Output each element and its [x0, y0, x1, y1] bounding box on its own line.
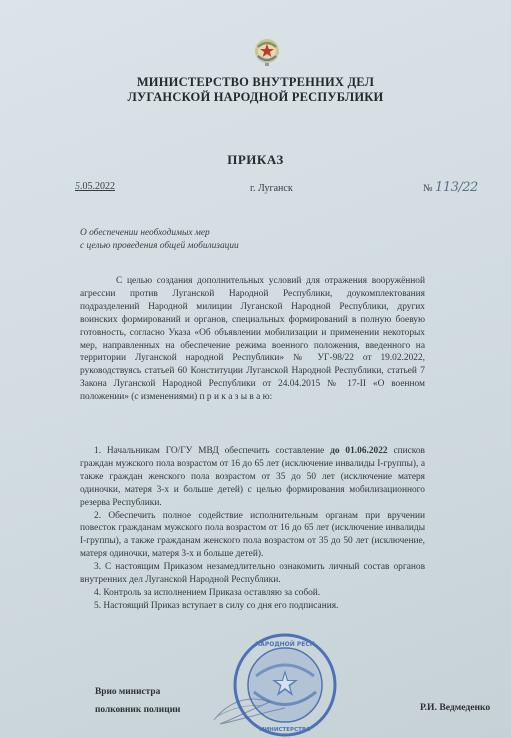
ministry-line-1: МИНИСТЕРСТВО ВНУТРЕННИХ ДЕЛ: [0, 75, 511, 90]
order-item-4: 4. Контроль за исполнением Приказа остав…: [80, 587, 425, 600]
document-page: МИНИСТЕРСТВО ВНУТРЕННИХ ДЕЛ ЛУГАНСКОЙ НА…: [0, 0, 511, 738]
document-city: г. Луганск: [250, 183, 293, 194]
order-items: 1. Начальникам ГО/ГУ МВД обеспечить сост…: [80, 445, 425, 613]
signer-position-line-2: полковник полиции: [95, 701, 180, 719]
signer-name: Р.И. Ведмеденко: [420, 702, 490, 713]
svg-text:НАРОДНОЙ РЕСП: НАРОДНОЙ РЕСП: [255, 640, 315, 648]
order-item-5: 5. Настоящий Приказ вступает в силу со д…: [80, 600, 425, 613]
svg-text:МИНИСТЕРСТВО: МИНИСТЕРСТВО: [259, 727, 311, 733]
document-title: ПРИКАЗ: [0, 152, 511, 168]
item-1-text-before: 1. Начальникам ГО/ГУ МВД обеспечить сост…: [94, 446, 330, 456]
signer-position: Врио министра полковник полиции: [95, 683, 180, 719]
subject-line-2: с целью проведения общей мобилизации: [80, 240, 239, 253]
ministry-line-2: ЛУГАНСКОЙ НАРОДНОЙ РЕСПУБЛИКИ: [0, 90, 511, 105]
order-item-2: 2. Обеспечить полное содействие исполнит…: [80, 510, 425, 562]
order-item-1: 1. Начальникам ГО/ГУ МВД обеспечить сост…: [80, 445, 425, 510]
preamble-text: С целью создания дополнительных условий …: [80, 275, 425, 404]
document-number: № 113/22: [423, 180, 478, 195]
subject-line-1: О обеспечении необходимых мер: [80, 227, 239, 240]
date-rest: .05.2022: [80, 181, 115, 192]
order-item-3: 3. С настоящим Приказом незамедлительно …: [80, 561, 425, 587]
document-subject: О обеспечении необходимых мер с целью пр…: [80, 227, 239, 253]
item-1-deadline: до 01.06.2022: [330, 446, 387, 456]
lpr-coat-of-arms-icon: [254, 37, 280, 67]
number-prefix: №: [423, 183, 433, 194]
document-date: 5.05.2022: [75, 181, 115, 192]
handwritten-number: 113/22: [435, 180, 478, 195]
ministry-header: МИНИСТЕРСТВО ВНУТРЕННИХ ДЕЛ ЛУГАНСКОЙ НА…: [0, 75, 511, 105]
preamble: С целью создания дополнительных условий …: [80, 275, 425, 404]
official-seal-stamp-icon: НАРОДНОЙ РЕСП МИНИСТЕРСТВО: [232, 632, 338, 738]
signer-position-line-1: Врио министра: [95, 683, 180, 701]
